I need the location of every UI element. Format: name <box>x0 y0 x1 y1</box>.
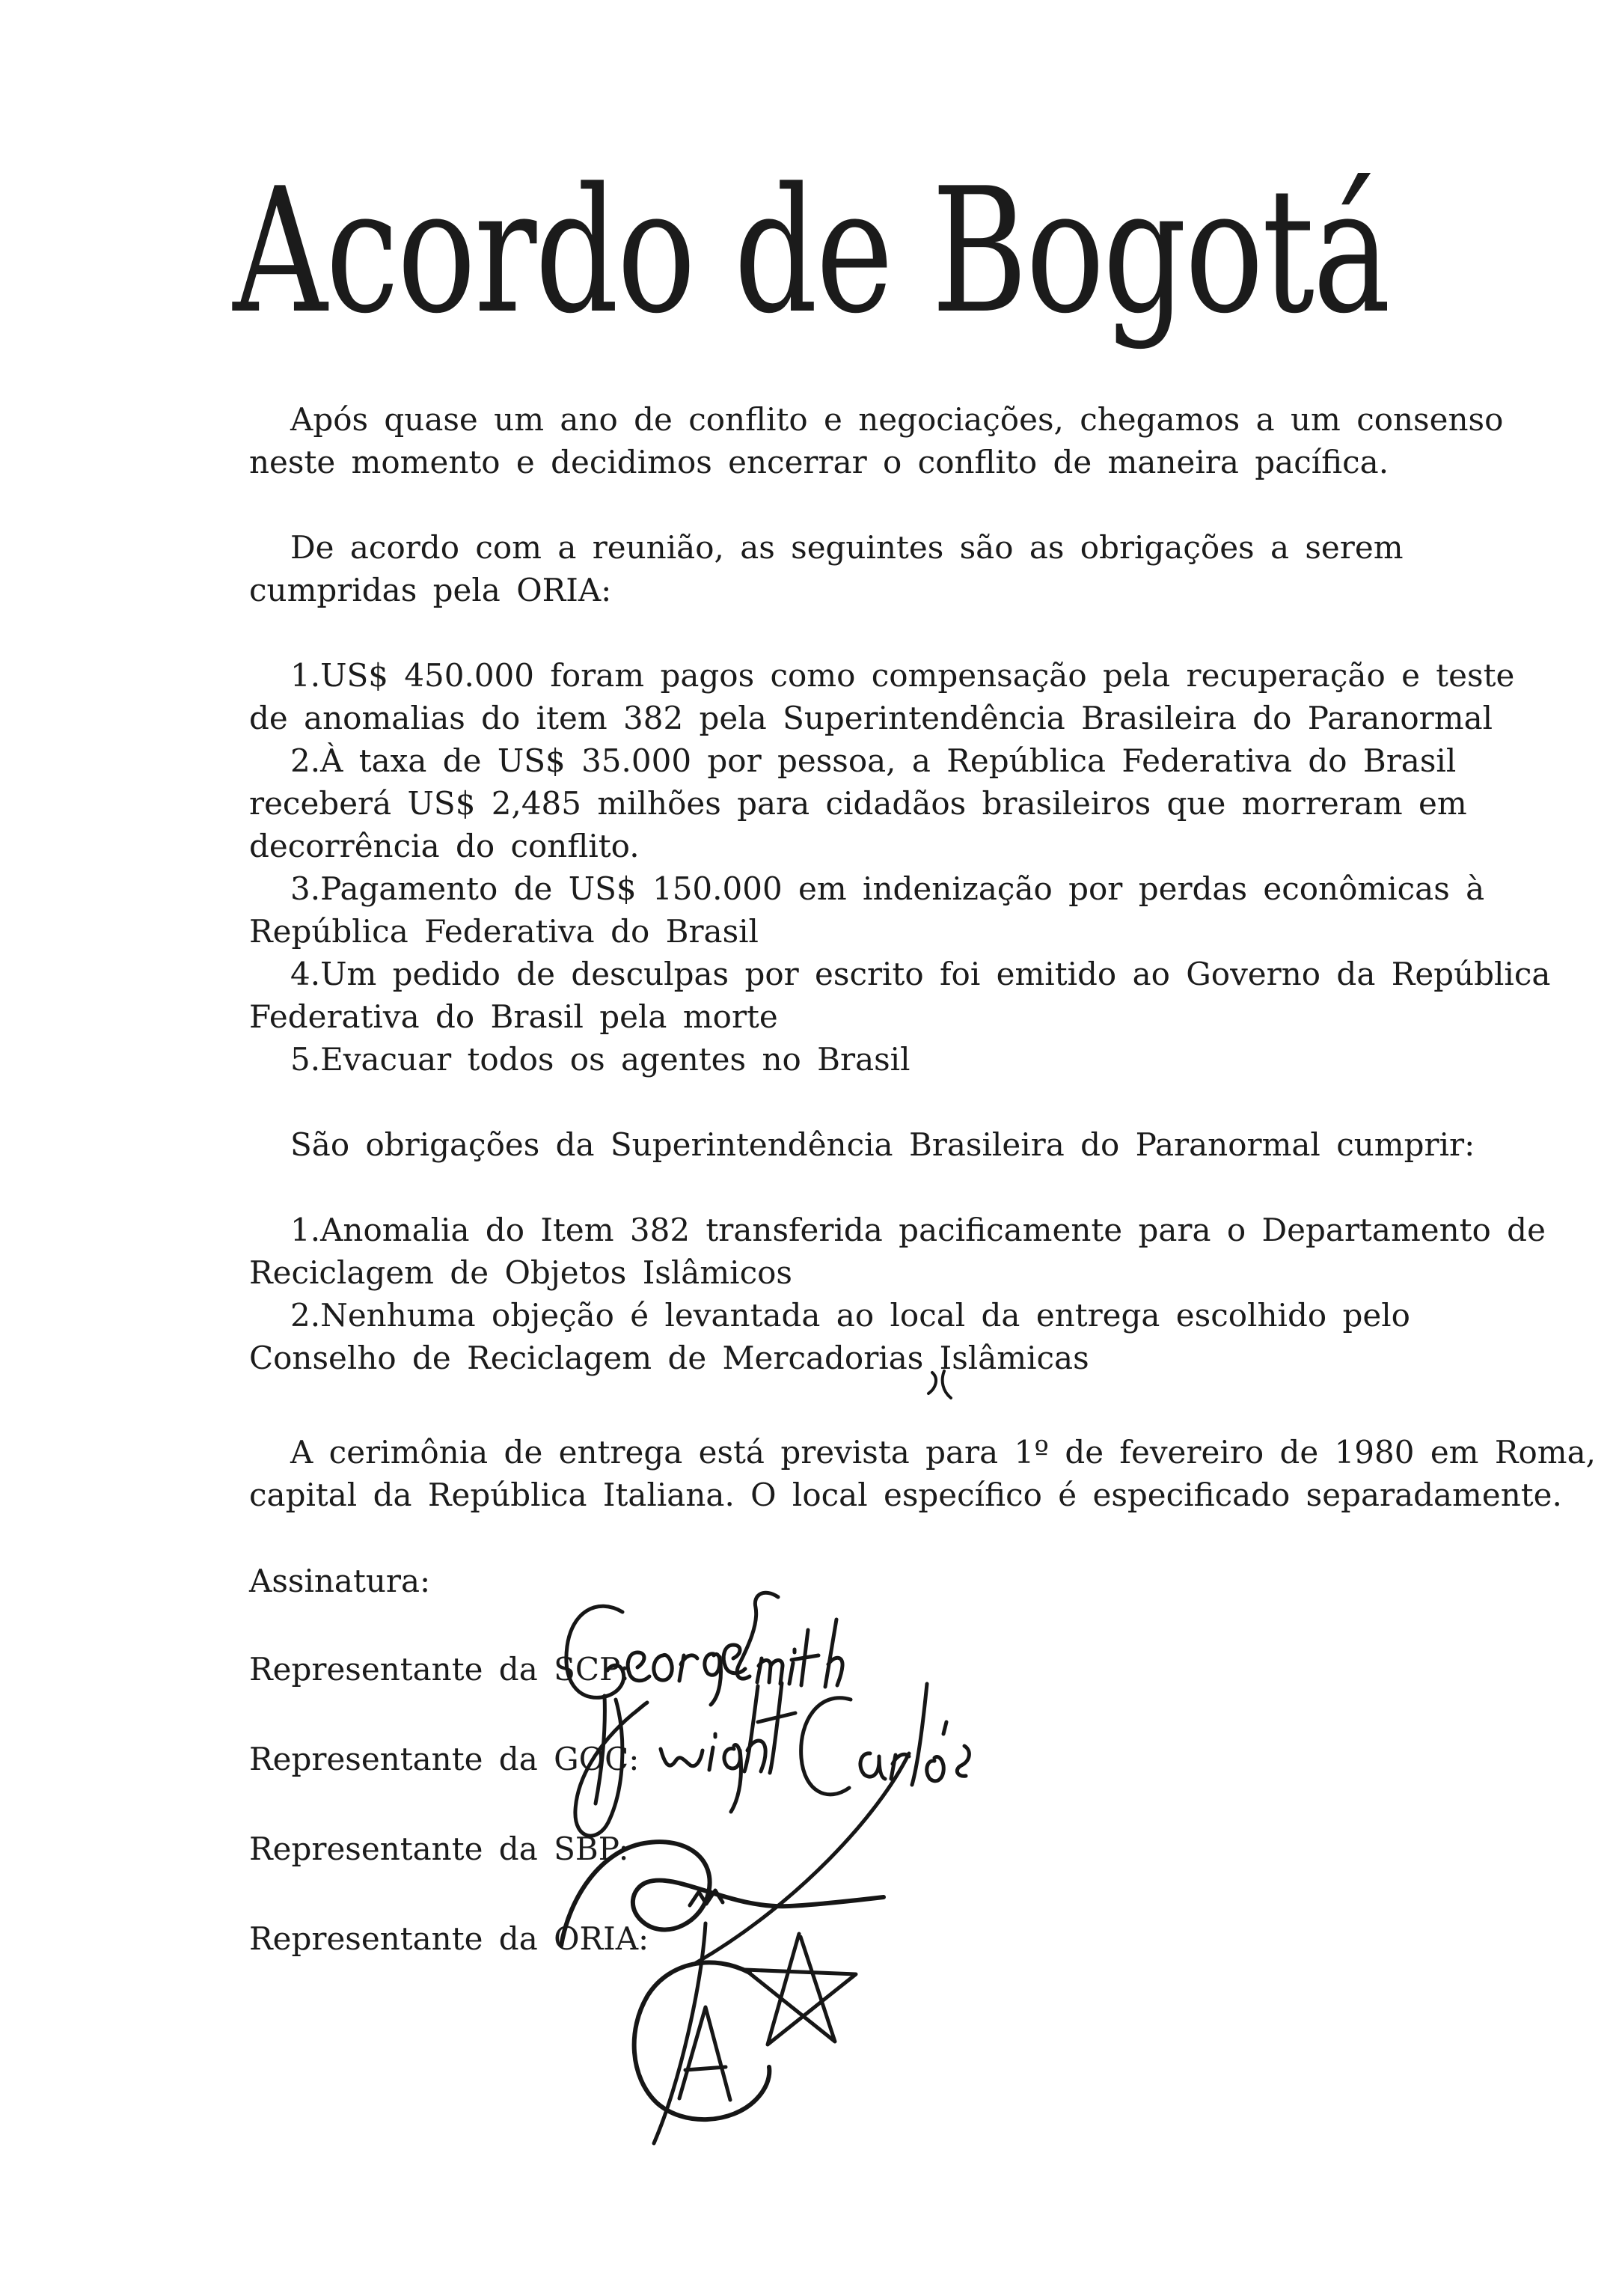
text-line: Assinatura: <box>249 1560 1401 1602</box>
list-item-line: Federativa do Brasil pela morte <box>249 995 1401 1038</box>
text-line: A cerimônia de entrega está prevista par… <box>249 1431 1401 1474</box>
list-item-line: decorrência do conflito. <box>249 825 1401 867</box>
document-title: Acordo de Bogotá <box>195 166 1427 338</box>
signature-row-goc: Representante da GOC: <box>249 1738 1401 1780</box>
signature-label-scp: Representante da SCP: <box>249 1648 1401 1691</box>
list-item-line: 1.US$ 450.000 foram pagos como compensaç… <box>249 654 1401 697</box>
paragraph-sbp-header: São obrigações da Superintendência Brasi… <box>249 1123 1401 1166</box>
text-line: Após quase um ano de conflito e negociaç… <box>249 398 1401 441</box>
list-item-line: 2.À taxa de US$ 35.000 por pessoa, a Rep… <box>249 739 1401 782</box>
list-item-line: 1.Anomalia do Item 382 transferida pacif… <box>249 1209 1401 1251</box>
signature-row-sbp: Representante da SBP: <box>249 1828 1401 1870</box>
paragraph-ceremony: A cerimônia de entrega está prevista par… <box>249 1431 1401 1516</box>
list-item-line: de anomalias do item 382 pela Superinten… <box>249 697 1401 739</box>
paragraph-meeting: De acordo com a reunião, as seguintes sã… <box>249 526 1401 611</box>
list-item-line: 3.Pagamento de US$ 150.000 em indenizaçã… <box>249 867 1401 910</box>
signature-row-scp: Representante da SCP: <box>249 1648 1401 1691</box>
signature-heading: Assinatura: <box>249 1560 1401 1602</box>
text-line: De acordo com a reunião, as seguintes sã… <box>249 526 1401 569</box>
list-sbp-obligations: 1.Anomalia do Item 382 transferida pacif… <box>249 1209 1401 1379</box>
signature-scp-george-smith <box>554 1587 868 1819</box>
signature-label-goc: Representante da GOC: <box>249 1738 1401 1780</box>
text-line: cumpridas pela ORIA: <box>249 569 1401 611</box>
paragraph-intro: Após quase um ano de conflito e negociaç… <box>249 398 1401 483</box>
list-item-line: 4.Um pedido de desculpas por escrito foi… <box>249 953 1401 995</box>
scanned-document-page: Acordo de Bogotá Após quase um ano de co… <box>0 0 1622 2296</box>
list-item-line: 5.Evacuar todos os agentes no Brasil <box>249 1038 1401 1081</box>
list-item-line: Reciclagem de Objetos Islâmicos <box>249 1251 1401 1294</box>
list-item-line: República Federativa do Brasil <box>249 910 1401 953</box>
signature-row-oria: Representante da ORIA: <box>249 1917 1401 1960</box>
list-item-line: receberá US$ 2,485 milhões para cidadãos… <box>249 782 1401 825</box>
signature-label-sbp: Representante da SBP: <box>249 1828 1401 1870</box>
list-oria-obligations: 1.US$ 450.000 foram pagos como compensaç… <box>249 654 1401 1081</box>
text-line: neste momento e decidimos encerrar o con… <box>249 441 1401 483</box>
list-item-line: Conselho de Reciclagem de Mercadorias Is… <box>249 1337 1401 1379</box>
text-line: São obrigações da Superintendência Brasi… <box>249 1123 1401 1166</box>
list-item-line: 2.Nenhuma objeção é levantada ao local d… <box>249 1294 1401 1337</box>
text-line: capital da República Italiana. O local e… <box>249 1474 1401 1516</box>
signature-label-oria: Representante da ORIA: <box>249 1917 1401 1960</box>
